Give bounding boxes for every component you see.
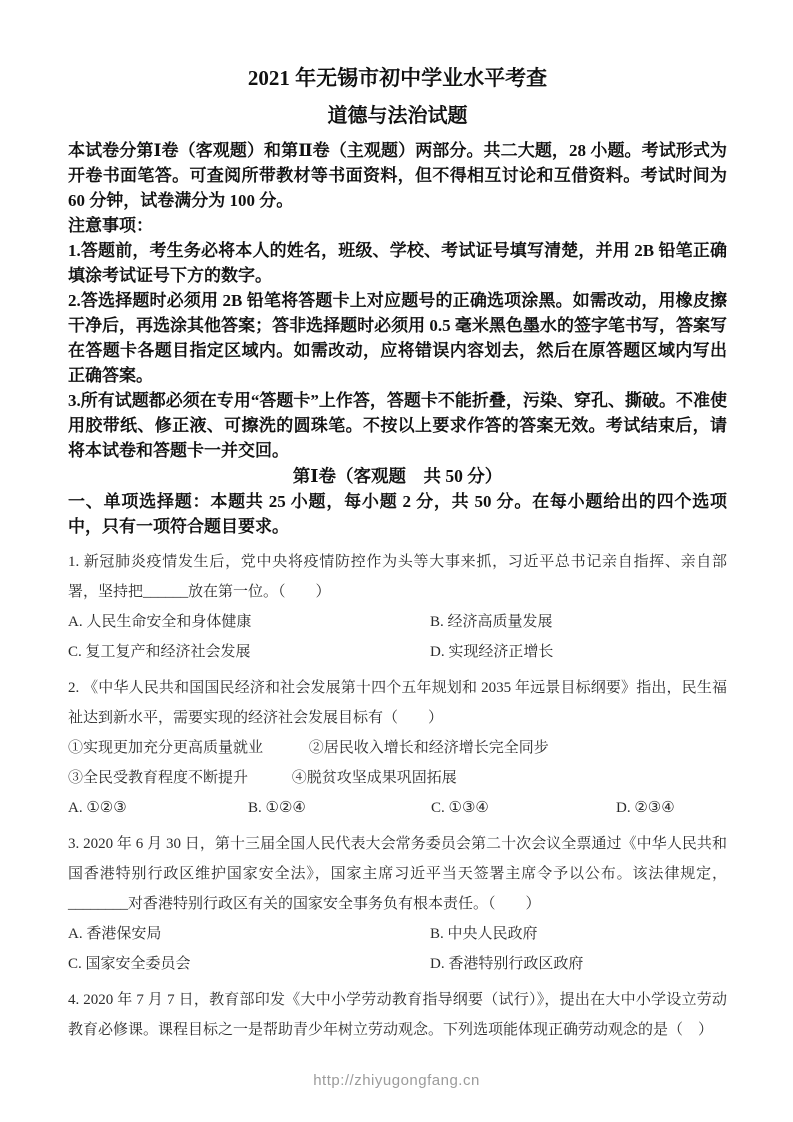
exam-title: 2021 年无锡市初中学业水平考查 xyxy=(68,65,727,91)
section1-instruction: 一、单项选择题：本题共 25 小题，每小题 2 分，共 50 分。在每小题给出的… xyxy=(68,489,727,539)
question-2-subitem-1: ①实现更加充分更高质量就业 xyxy=(68,733,305,763)
question-1-option-d: D. 实现经济正增长 xyxy=(430,637,727,667)
question-3: 3. 2020 年 6 月 30 日，第十三届全国人民代表大会常务委员会第二十次… xyxy=(68,829,727,979)
question-3-option-a: A. 香港保安局 xyxy=(68,919,430,949)
footer-url: http://zhiyugongfang.cn xyxy=(0,1070,793,1092)
question-2-options: A. ①②③ B. ①②④ C. ①③④ D. ②③④ xyxy=(68,793,727,823)
questions-list: 1. 新冠肺炎疫情发生后，党中央将疫情防控作为头等大事来抓，习近平总书记亲自指挥… xyxy=(68,547,727,1045)
note-item-1: 1.答题前，考生务必将本人的姓名，班级、学校、考试证号填写清楚，并用 2B 铅笔… xyxy=(68,238,727,288)
question-4: 4. 2020 年 7 月 7 日，教育部印发《大中小学劳动教育指导纲要（试行）… xyxy=(68,985,727,1045)
question-4-text: 4. 2020 年 7 月 7 日，教育部印发《大中小学劳动教育指导纲要（试行）… xyxy=(68,985,727,1045)
question-2-text: 2. 《中华人民共和国国民经济和社会发展第十四个五年规划和 2035 年远景目标… xyxy=(68,673,727,733)
exam-document-page: 2021 年无锡市初中学业水平考查 道德与法治试题 本试卷分第Ⅰ卷（客观题）和第… xyxy=(0,0,793,1122)
question-1: 1. 新冠肺炎疫情发生后，党中央将疫情防控作为头等大事来抓，习近平总书记亲自指挥… xyxy=(68,547,727,667)
question-1-option-a: A. 人民生命安全和身体健康 xyxy=(68,607,430,637)
question-3-option-d: D. 香港特别行政区政府 xyxy=(430,949,727,979)
note-item-2: 2.答选择题时必须用 2B 铅笔将答题卡上对应题号的正确选项涂黑。如需改动，用橡… xyxy=(68,288,727,388)
question-2-option-b: B. ①②④ xyxy=(248,793,431,823)
question-2-subitems-row-1: ①实现更加充分更高质量就业 ②居民收入增长和经济增长完全同步 xyxy=(68,733,727,763)
question-2-subitem-2: ②居民收入增长和经济增长完全同步 xyxy=(309,740,549,756)
question-2-subitems-row-2: ③全民受教育程度不断提升 ④脱贫攻坚成果巩固拓展 xyxy=(68,763,727,793)
question-1-option-c: C. 复工复产和经济社会发展 xyxy=(68,637,430,667)
note-item-3: 3.所有试题都必须在专用“答题卡”上作答，答题卡不能折叠，污染、穿孔、撕破。不准… xyxy=(68,388,727,463)
question-1-options: A. 人民生命安全和身体健康 B. 经济高质量发展 C. 复工复产和经济社会发展… xyxy=(68,607,727,667)
exam-intro-paragraph: 本试卷分第Ⅰ卷（客观题）和第Ⅱ卷（主观题）两部分。共二大题，28 小题。考试形式… xyxy=(68,138,727,213)
question-1-text: 1. 新冠肺炎疫情发生后，党中央将疫情防控作为头等大事来抓，习近平总书记亲自指挥… xyxy=(68,547,727,607)
section1-heading: 第Ⅰ卷（客观题 共 50 分） xyxy=(68,463,727,489)
question-2-option-c: C. ①③④ xyxy=(431,793,616,823)
notes-title: 注意事项： xyxy=(68,213,727,238)
question-2: 2. 《中华人民共和国国民经济和社会发展第十四个五年规划和 2035 年远景目标… xyxy=(68,673,727,823)
question-2-option-a: A. ①②③ xyxy=(68,793,248,823)
question-3-text: 3. 2020 年 6 月 30 日，第十三届全国人民代表大会常务委员会第二十次… xyxy=(68,829,727,919)
question-3-options: A. 香港保安局 B. 中央人民政府 C. 国家安全委员会 D. 香港特别行政区… xyxy=(68,919,727,979)
question-3-option-c: C. 国家安全委员会 xyxy=(68,949,430,979)
question-2-option-d: D. ②③④ xyxy=(616,793,727,823)
question-1-option-b: B. 经济高质量发展 xyxy=(430,607,727,637)
question-2-subitem-4: ④脱贫攻坚成果巩固拓展 xyxy=(292,770,457,786)
exam-subtitle: 道德与法治试题 xyxy=(68,103,727,129)
question-3-option-b: B. 中央人民政府 xyxy=(430,919,727,949)
question-2-subitem-3: ③全民受教育程度不断提升 xyxy=(68,763,288,793)
